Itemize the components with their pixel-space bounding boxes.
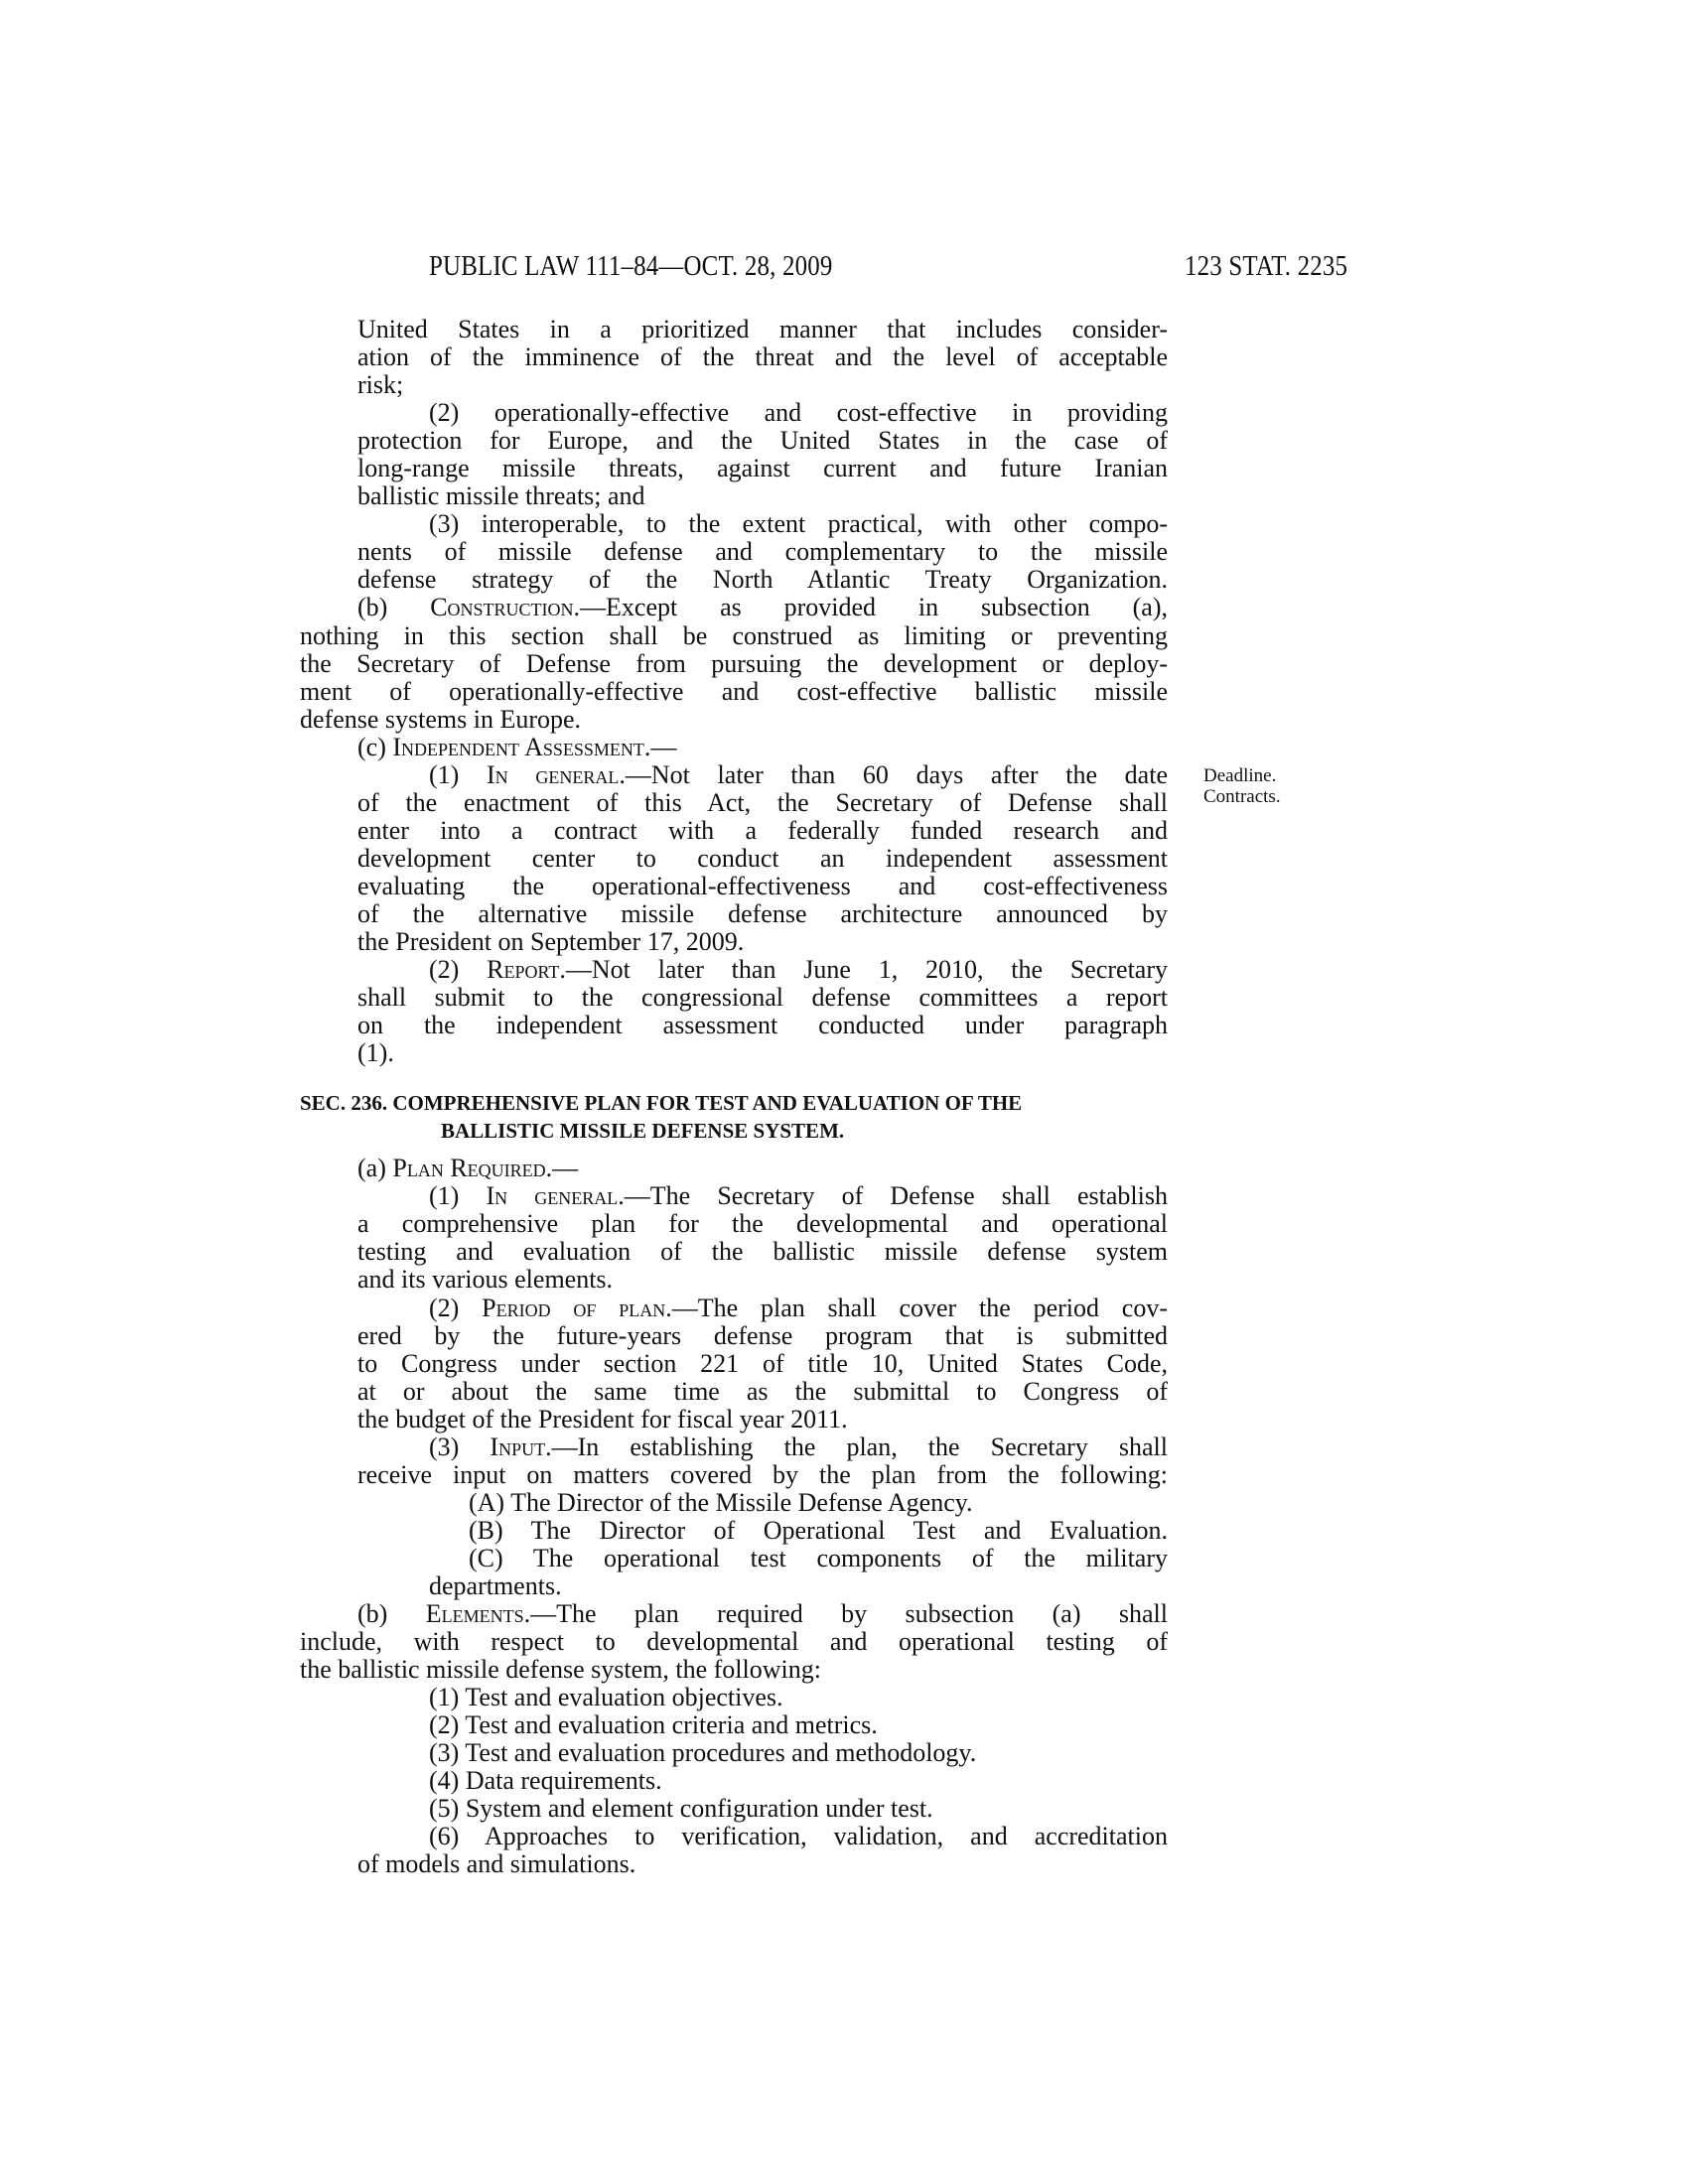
line-text: development center to conduct an indepen… xyxy=(357,844,1168,873)
line-text: enter into a contract with a federally f… xyxy=(357,816,1168,845)
text-line: (3) interoperable, to the extent practic… xyxy=(300,510,1168,538)
text-line: (3) Input.—In establishing the plan, the… xyxy=(300,1433,1168,1461)
line-text: of models and simulations. xyxy=(357,1849,635,1878)
text-line: the President on September 17, 2009. xyxy=(300,928,1168,956)
text-line: on the independent assessment conducted … xyxy=(300,1012,1168,1039)
text-line: defense systems in Europe. xyxy=(300,706,1168,734)
section-heading-236: SEC. 236. COMPREHENSIVE PLAN FOR TEST AN… xyxy=(300,1089,1168,1145)
text-line: ment of operationally-effective and cost… xyxy=(300,678,1168,706)
text-line: (A) The Director of the Missile Defense … xyxy=(300,1489,1168,1517)
line-text-rest: .—The plan required by subsection (a) sh… xyxy=(524,1599,1168,1628)
line-text: a comprehensive plan for the development… xyxy=(357,1209,1168,1238)
margin-note-contracts: Contracts. xyxy=(1203,786,1281,807)
line-text: ballistic missile threats; and xyxy=(357,481,645,510)
subsection-heading: Plan Required xyxy=(392,1154,545,1182)
subsection-heading: Period of plan xyxy=(482,1294,665,1322)
line-text: the President on September 17, 2009. xyxy=(357,927,744,956)
line-text: the ballistic missile defense system, th… xyxy=(300,1655,821,1684)
line-text: (1) xyxy=(429,1181,486,1210)
text-line: at or about the same time as the submitt… xyxy=(300,1378,1168,1406)
text-line: ered by the future-years defense program… xyxy=(300,1322,1168,1350)
text-line: (2) operationally-effective and cost-eff… xyxy=(300,399,1168,427)
text-line: (C) The operational test components of t… xyxy=(300,1545,1168,1572)
text-line: (1) Test and evaluation objectives. xyxy=(300,1684,1168,1711)
line-text: (B) The Director of Operational Test and… xyxy=(469,1516,1168,1545)
line-text: defense systems in Europe. xyxy=(300,705,581,734)
line-text: the Secretary of Defense from pursuing t… xyxy=(300,649,1168,678)
line-text-rest: .— xyxy=(546,1154,579,1182)
subsection-heading: Report xyxy=(487,955,559,984)
line-text: (2) operationally-effective and cost-eff… xyxy=(429,398,1168,427)
text-line: protection for Europe, and the United St… xyxy=(300,427,1168,455)
line-text: (1) Test and evaluation objectives. xyxy=(429,1683,783,1711)
line-text: include, with respect to developmental a… xyxy=(300,1627,1168,1656)
line-text: nents of missile defense and complementa… xyxy=(357,537,1168,566)
line-text: defense strategy of the North Atlantic T… xyxy=(357,565,1168,594)
line-text: the budget of the President for fiscal y… xyxy=(357,1405,848,1433)
text-line: (B) The Director of Operational Test and… xyxy=(300,1517,1168,1545)
line-text-rest: .—The Secretary of Defense shall establi… xyxy=(618,1181,1168,1210)
line-text: (1) xyxy=(429,760,487,789)
text-line: the ballistic missile defense system, th… xyxy=(300,1656,1168,1684)
text-line: ation of the imminence of the threat and… xyxy=(300,343,1168,371)
subsection-heading: Independent Assessment xyxy=(392,733,644,761)
line-text: long-range missile threats, against curr… xyxy=(357,454,1168,482)
text-line: of models and simulations. xyxy=(300,1850,1168,1878)
line-text-rest: .—In establishing the plan, the Secretar… xyxy=(545,1433,1168,1461)
line-text-rest: .—The plan shall cover the period cov- xyxy=(665,1294,1168,1322)
line-text: (3) xyxy=(429,1433,490,1461)
text-line: (4) Data requirements. xyxy=(300,1767,1168,1795)
text-line: and its various elements. xyxy=(300,1266,1168,1294)
line-text: (4) Data requirements. xyxy=(429,1766,662,1795)
section-heading-line-1: SEC. 236. COMPREHENSIVE PLAN FOR TEST AN… xyxy=(300,1089,1168,1117)
subsection-heading: In general xyxy=(486,1181,618,1210)
text-line: the budget of the President for fiscal y… xyxy=(300,1406,1168,1433)
line-text: of the alternative missile defense archi… xyxy=(357,899,1168,928)
line-text: (c) xyxy=(357,733,392,761)
line-text: (6) Approaches to verification, validati… xyxy=(429,1822,1168,1850)
line-text: departments. xyxy=(429,1571,562,1600)
line-text: at or about the same time as the submitt… xyxy=(357,1377,1168,1406)
text-line: receive input on matters covered by the … xyxy=(300,1461,1168,1489)
document-page: PUBLIC LAW 111–84—OCT. 28, 2009 123 STAT… xyxy=(0,0,1688,2184)
line-text: nothing in this section shall be constru… xyxy=(300,621,1168,650)
text-line: (b) Construction.—Except as provided in … xyxy=(300,594,1168,621)
line-text: (3) Test and evaluation procedures and m… xyxy=(429,1738,976,1767)
text-line: to Congress under section 221 of title 1… xyxy=(300,1350,1168,1378)
text-line: nents of missile defense and complementa… xyxy=(300,538,1168,566)
text-line: risk; xyxy=(300,371,1168,399)
line-text: (C) The operational test components of t… xyxy=(469,1544,1168,1572)
text-line: testing and evaluation of the ballistic … xyxy=(300,1238,1168,1266)
line-text: (2) Test and evaluation criteria and met… xyxy=(429,1710,878,1739)
text-line: ballistic missile threats; and xyxy=(300,482,1168,510)
text-line: shall submit to the congressional defens… xyxy=(300,984,1168,1012)
text-line: nothing in this section shall be constru… xyxy=(300,622,1168,650)
text-line: evaluating the operational-effectiveness… xyxy=(300,873,1168,900)
text-line: (2) Report.—Not later than June 1, 2010,… xyxy=(300,956,1168,984)
line-text-rest: .— xyxy=(644,733,677,761)
line-text: (2) xyxy=(429,955,487,984)
text-line: include, with respect to developmental a… xyxy=(300,1628,1168,1656)
line-text: (A) The Director of the Missile Defense … xyxy=(469,1488,973,1517)
line-text: (a) xyxy=(357,1154,392,1182)
line-text: testing and evaluation of the ballistic … xyxy=(357,1237,1168,1266)
line-text: on the independent assessment conducted … xyxy=(357,1011,1168,1039)
text-line: (a) Plan Required.— xyxy=(300,1155,1168,1182)
text-line: departments. xyxy=(300,1572,1168,1600)
text-line: development center to conduct an indepen… xyxy=(300,845,1168,873)
line-text: (1). xyxy=(357,1038,394,1067)
line-text: receive input on matters covered by the … xyxy=(357,1460,1168,1489)
text-line: (c) Independent Assessment.— xyxy=(300,734,1168,761)
text-line: (b) Elements.—The plan required by subse… xyxy=(300,1600,1168,1628)
text-line: a comprehensive plan for the development… xyxy=(300,1210,1168,1238)
section-236-body: (a) Plan Required.—(1) In general.—The S… xyxy=(300,1155,1168,1878)
line-text: (2) xyxy=(429,1294,482,1322)
text-line: of the alternative missile defense archi… xyxy=(300,900,1168,928)
line-text: evaluating the operational-effectiveness… xyxy=(357,872,1168,900)
subsection-heading: In general xyxy=(487,760,619,789)
running-header-title: PUBLIC LAW 111–84—OCT. 28, 2009 xyxy=(429,250,833,283)
line-text: protection for Europe, and the United St… xyxy=(357,426,1168,455)
line-text: to Congress under section 221 of title 1… xyxy=(357,1349,1168,1378)
section-heading-line-2: BALLISTIC MISSILE DEFENSE SYSTEM. xyxy=(300,1117,1168,1145)
text-line: long-range missile threats, against curr… xyxy=(300,455,1168,482)
text-line: (1). xyxy=(300,1039,1168,1067)
text-line: enter into a contract with a federally f… xyxy=(300,817,1168,845)
line-text: (b) xyxy=(357,593,430,621)
line-text: shall submit to the congressional defens… xyxy=(357,983,1168,1012)
line-text: (b) xyxy=(357,1599,426,1628)
margin-note-deadline: Deadline. xyxy=(1203,765,1276,786)
text-line: (2) Test and evaluation criteria and met… xyxy=(300,1711,1168,1739)
subsection-heading: Elements xyxy=(426,1599,524,1628)
text-line: (6) Approaches to verification, validati… xyxy=(300,1823,1168,1850)
subsection-heading: Construction xyxy=(430,593,573,621)
text-line: (3) Test and evaluation procedures and m… xyxy=(300,1739,1168,1767)
line-text: ment of operationally-effective and cost… xyxy=(300,677,1168,706)
line-text-rest: .—Not later than 60 days after the date xyxy=(619,760,1168,789)
section-235-continuation: United States in a prioritized manner th… xyxy=(300,316,1168,1067)
line-text-rest: .—Except as provided in subsection (a), xyxy=(574,593,1168,621)
text-line: (2) Period of plan.—The plan shall cover… xyxy=(300,1295,1168,1322)
line-text: and its various elements. xyxy=(357,1265,613,1294)
line-text: ation of the imminence of the threat and… xyxy=(357,342,1168,371)
line-text-rest: .—Not later than June 1, 2010, the Secre… xyxy=(559,955,1168,984)
line-text: ered by the future-years defense program… xyxy=(357,1321,1168,1350)
subsection-heading: Input xyxy=(490,1433,545,1461)
line-text: (3) interoperable, to the extent practic… xyxy=(429,509,1168,538)
line-text: of the enactment of this Act, the Secret… xyxy=(357,788,1168,817)
text-line: the Secretary of Defense from pursuing t… xyxy=(300,650,1168,678)
text-line: (1) In general.—The Secretary of Defense… xyxy=(300,1182,1168,1210)
text-line: of the enactment of this Act, the Secret… xyxy=(300,789,1168,817)
line-text: United States in a prioritized manner th… xyxy=(357,315,1168,343)
line-text: risk; xyxy=(357,370,403,399)
text-line: (5) System and element configuration und… xyxy=(300,1795,1168,1823)
text-line: defense strategy of the North Atlantic T… xyxy=(300,566,1168,594)
running-header-page-number: 123 STAT. 2235 xyxy=(1185,250,1347,283)
line-text: (5) System and element configuration und… xyxy=(429,1794,933,1823)
statute-body: United States in a prioritized manner th… xyxy=(300,316,1168,1878)
text-line: United States in a prioritized manner th… xyxy=(300,316,1168,343)
text-line: (1) In general.—Not later than 60 days a… xyxy=(300,761,1168,789)
